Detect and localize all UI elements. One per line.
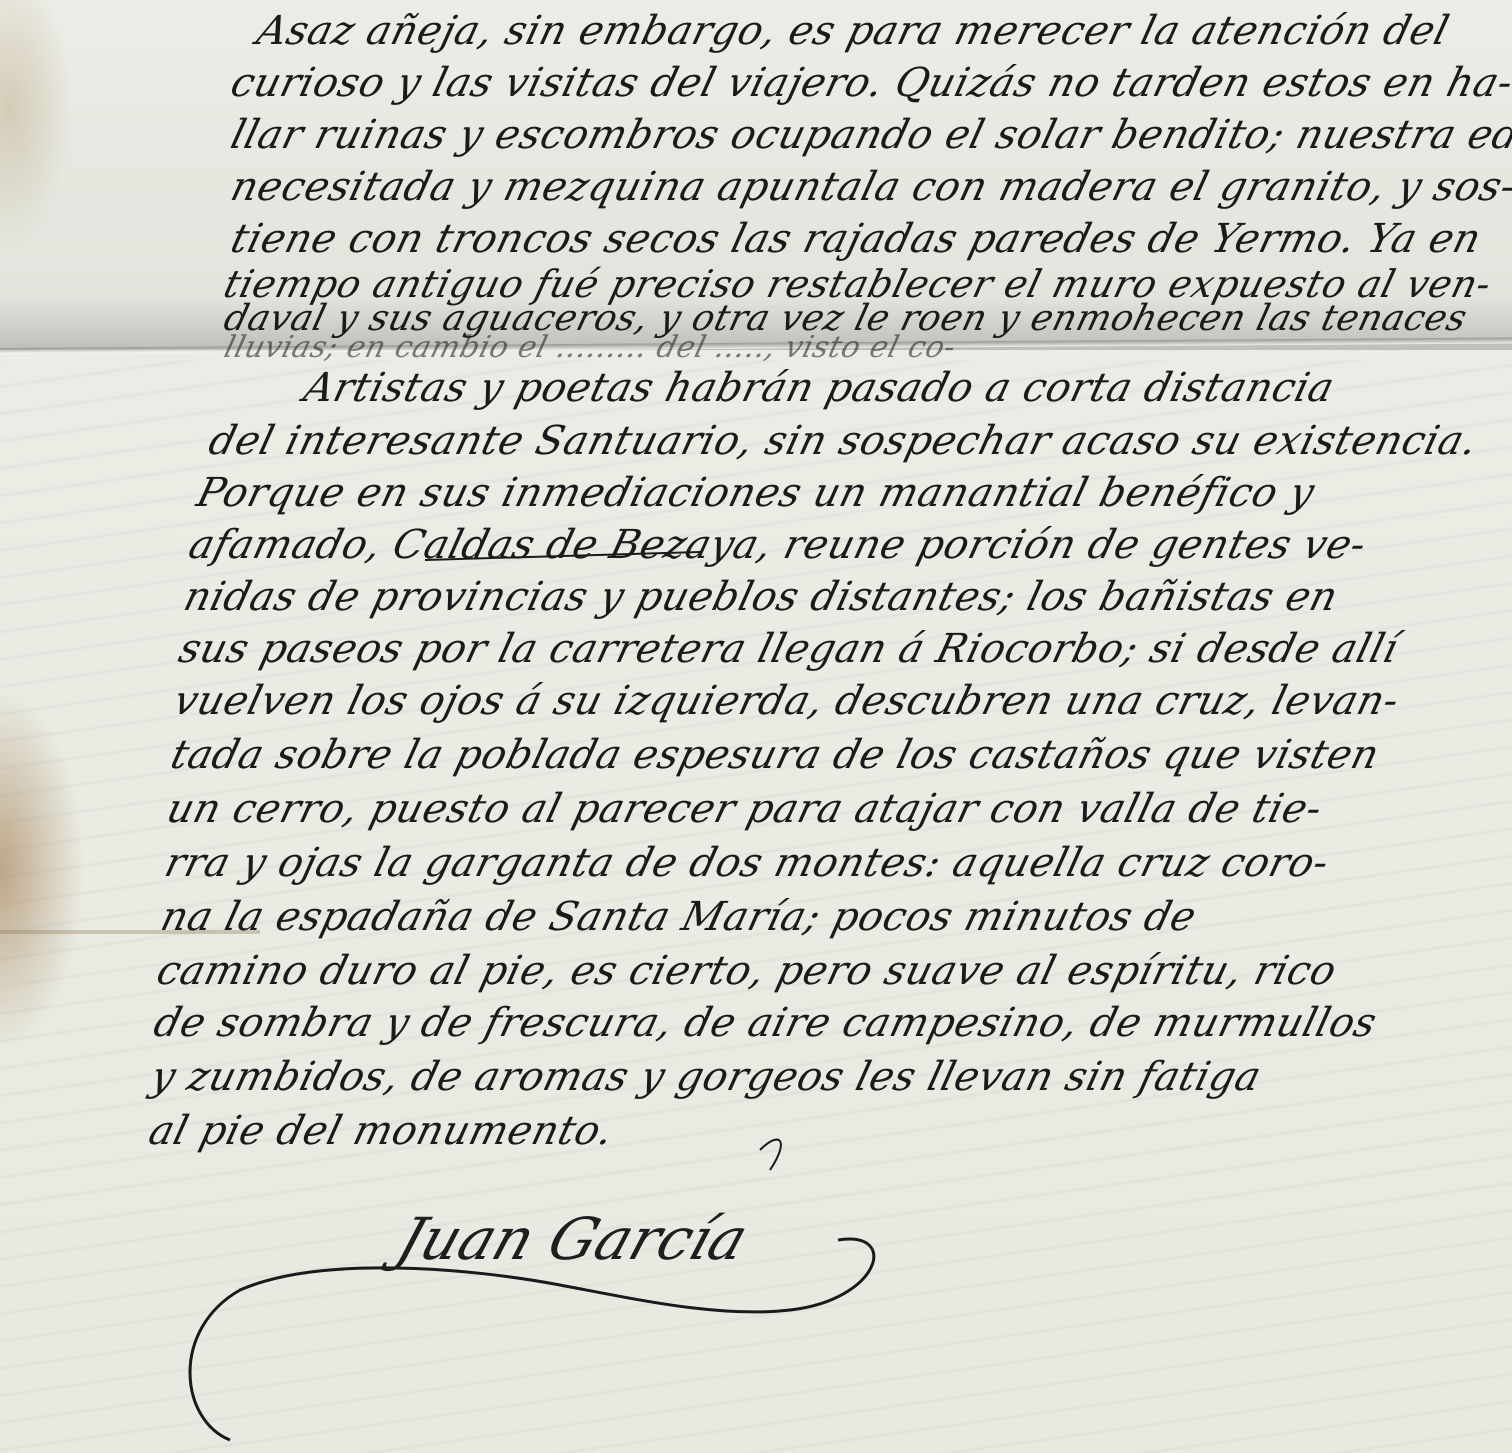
signature: Juan García — [389, 1205, 756, 1273]
underline-flourish — [0, 0, 1512, 1453]
end-flourish — [760, 1140, 781, 1170]
underline-caldas-de-bezaya — [425, 552, 700, 560]
